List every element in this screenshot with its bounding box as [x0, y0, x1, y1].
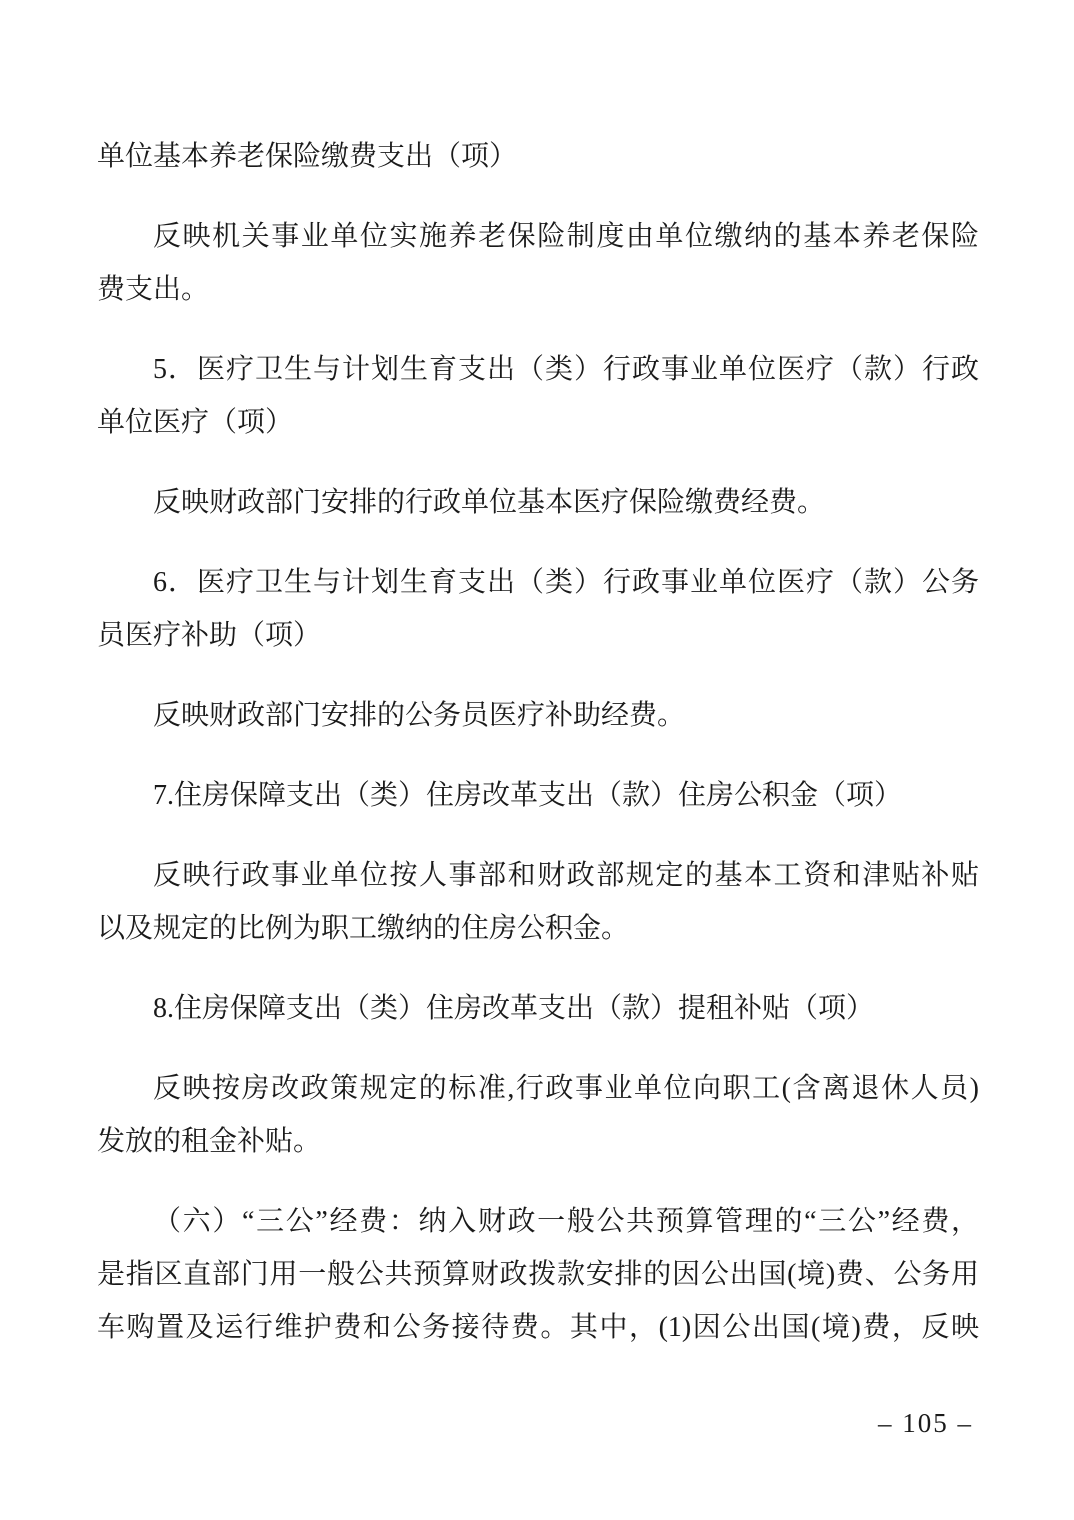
document-page: 单位基本养老保险缴费支出（项）反映机关事业单位实施养老保险制度由单位缴纳的基本养…: [0, 0, 1074, 1520]
text-line: 发放的租金补贴。: [97, 1115, 979, 1168]
text-line: 6．医疗卫生与计划生育支出（类）行政事业单位医疗（款）公务: [97, 556, 979, 609]
text-line: 员医疗补助（项）: [97, 609, 979, 662]
text-line: 费支出。: [97, 263, 979, 316]
paragraph: （六）“三公”经费：纳入财政一般公共预算管理的“三公”经费，是指区直部门用一般公…: [97, 1195, 979, 1354]
text-line: 是指区直部门用一般公共预算财政拨款安排的因公出国(境)费、公务用: [97, 1248, 979, 1301]
text-line: 单位基本养老保险缴费支出（项）: [97, 130, 979, 183]
text-line: 反映财政部门安排的公务员医疗补助经费。: [97, 689, 979, 742]
paragraph: 反映财政部门安排的行政单位基本医疗保险缴费经费。: [97, 476, 979, 529]
paragraph: 5．医疗卫生与计划生育支出（类）行政事业单位医疗（款）行政单位医疗（项）: [97, 343, 979, 449]
paragraph: 反映按房改政策规定的标准,行政事业单位向职工(含离退休人员)发放的租金补贴。: [97, 1062, 979, 1168]
paragraph: 反映财政部门安排的公务员医疗补助经费。: [97, 689, 979, 742]
paragraph: 7.住房保障支出（类）住房改革支出（款）住房公积金（项）: [97, 769, 979, 822]
text-line: （六）“三公”经费：纳入财政一般公共预算管理的“三公”经费，: [97, 1195, 979, 1248]
paragraph: 反映机关事业单位实施养老保险制度由单位缴纳的基本养老保险费支出。: [97, 210, 979, 316]
text-line: 以及规定的比例为职工缴纳的住房公积金。: [97, 902, 979, 955]
document-body: 单位基本养老保险缴费支出（项）反映机关事业单位实施养老保险制度由单位缴纳的基本养…: [97, 130, 979, 1354]
page-number: – 105 –: [878, 1408, 973, 1439]
text-line: 单位医疗（项）: [97, 396, 979, 449]
paragraph: 单位基本养老保险缴费支出（项）: [97, 130, 979, 183]
text-line: 7.住房保障支出（类）住房改革支出（款）住房公积金（项）: [97, 769, 979, 822]
paragraph: 8.住房保障支出（类）住房改革支出（款）提租补贴（项）: [97, 982, 979, 1035]
text-line: 反映财政部门安排的行政单位基本医疗保险缴费经费。: [97, 476, 979, 529]
text-line: 5．医疗卫生与计划生育支出（类）行政事业单位医疗（款）行政: [97, 343, 979, 396]
text-line: 8.住房保障支出（类）住房改革支出（款）提租补贴（项）: [97, 982, 979, 1035]
paragraph: 6．医疗卫生与计划生育支出（类）行政事业单位医疗（款）公务员医疗补助（项）: [97, 556, 979, 662]
text-line: 反映机关事业单位实施养老保险制度由单位缴纳的基本养老保险: [97, 210, 979, 263]
text-line: 车购置及运行维护费和公务接待费。其中，(1)因公出国(境)费，反映: [97, 1301, 979, 1354]
paragraph: 反映行政事业单位按人事部和财政部规定的基本工资和津贴补贴以及规定的比例为职工缴纳…: [97, 849, 979, 955]
text-line: 反映行政事业单位按人事部和财政部规定的基本工资和津贴补贴: [97, 849, 979, 902]
text-line: 反映按房改政策规定的标准,行政事业单位向职工(含离退休人员): [97, 1062, 979, 1115]
